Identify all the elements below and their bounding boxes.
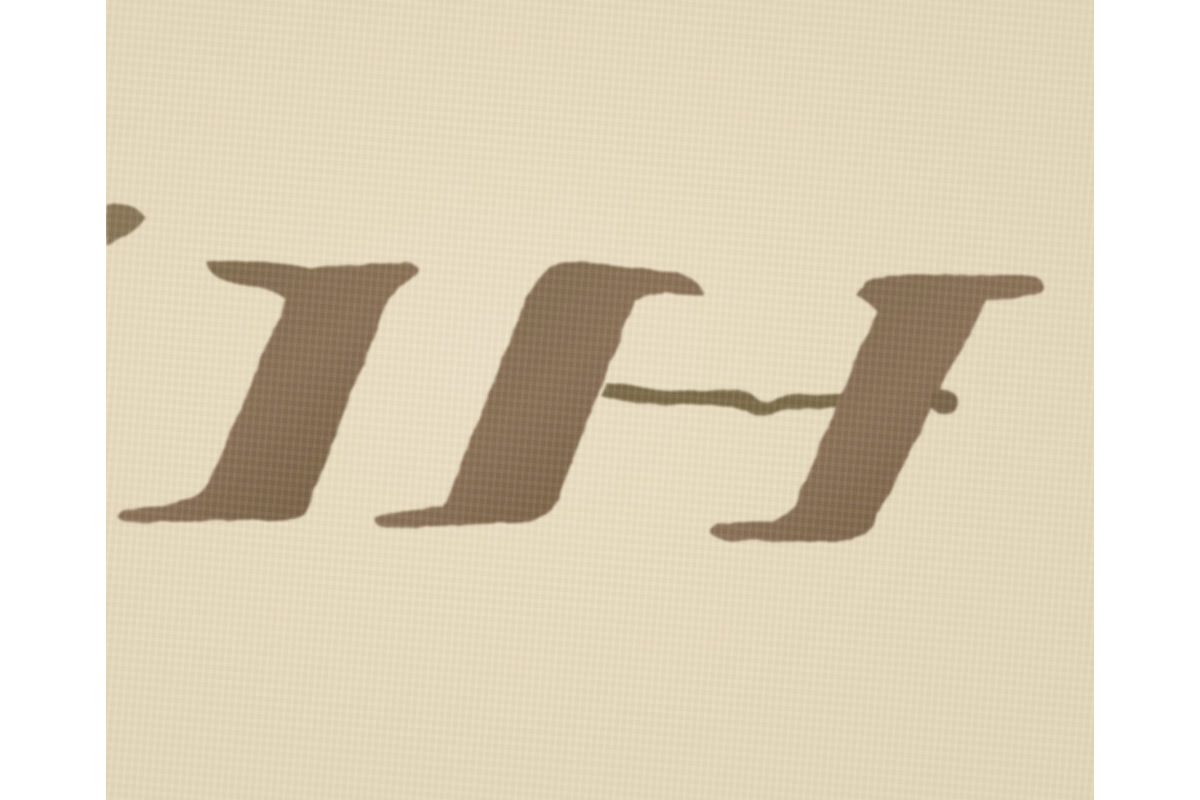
glyph-letter-i-first [118, 261, 418, 522]
ink-fragment-mark [106, 204, 146, 245]
handwritten-lettering [106, 0, 1094, 800]
parchment-background: IIH [106, 0, 1094, 800]
glyph-letter-i-second [375, 262, 846, 528]
image-frame: IIH [0, 0, 1200, 800]
